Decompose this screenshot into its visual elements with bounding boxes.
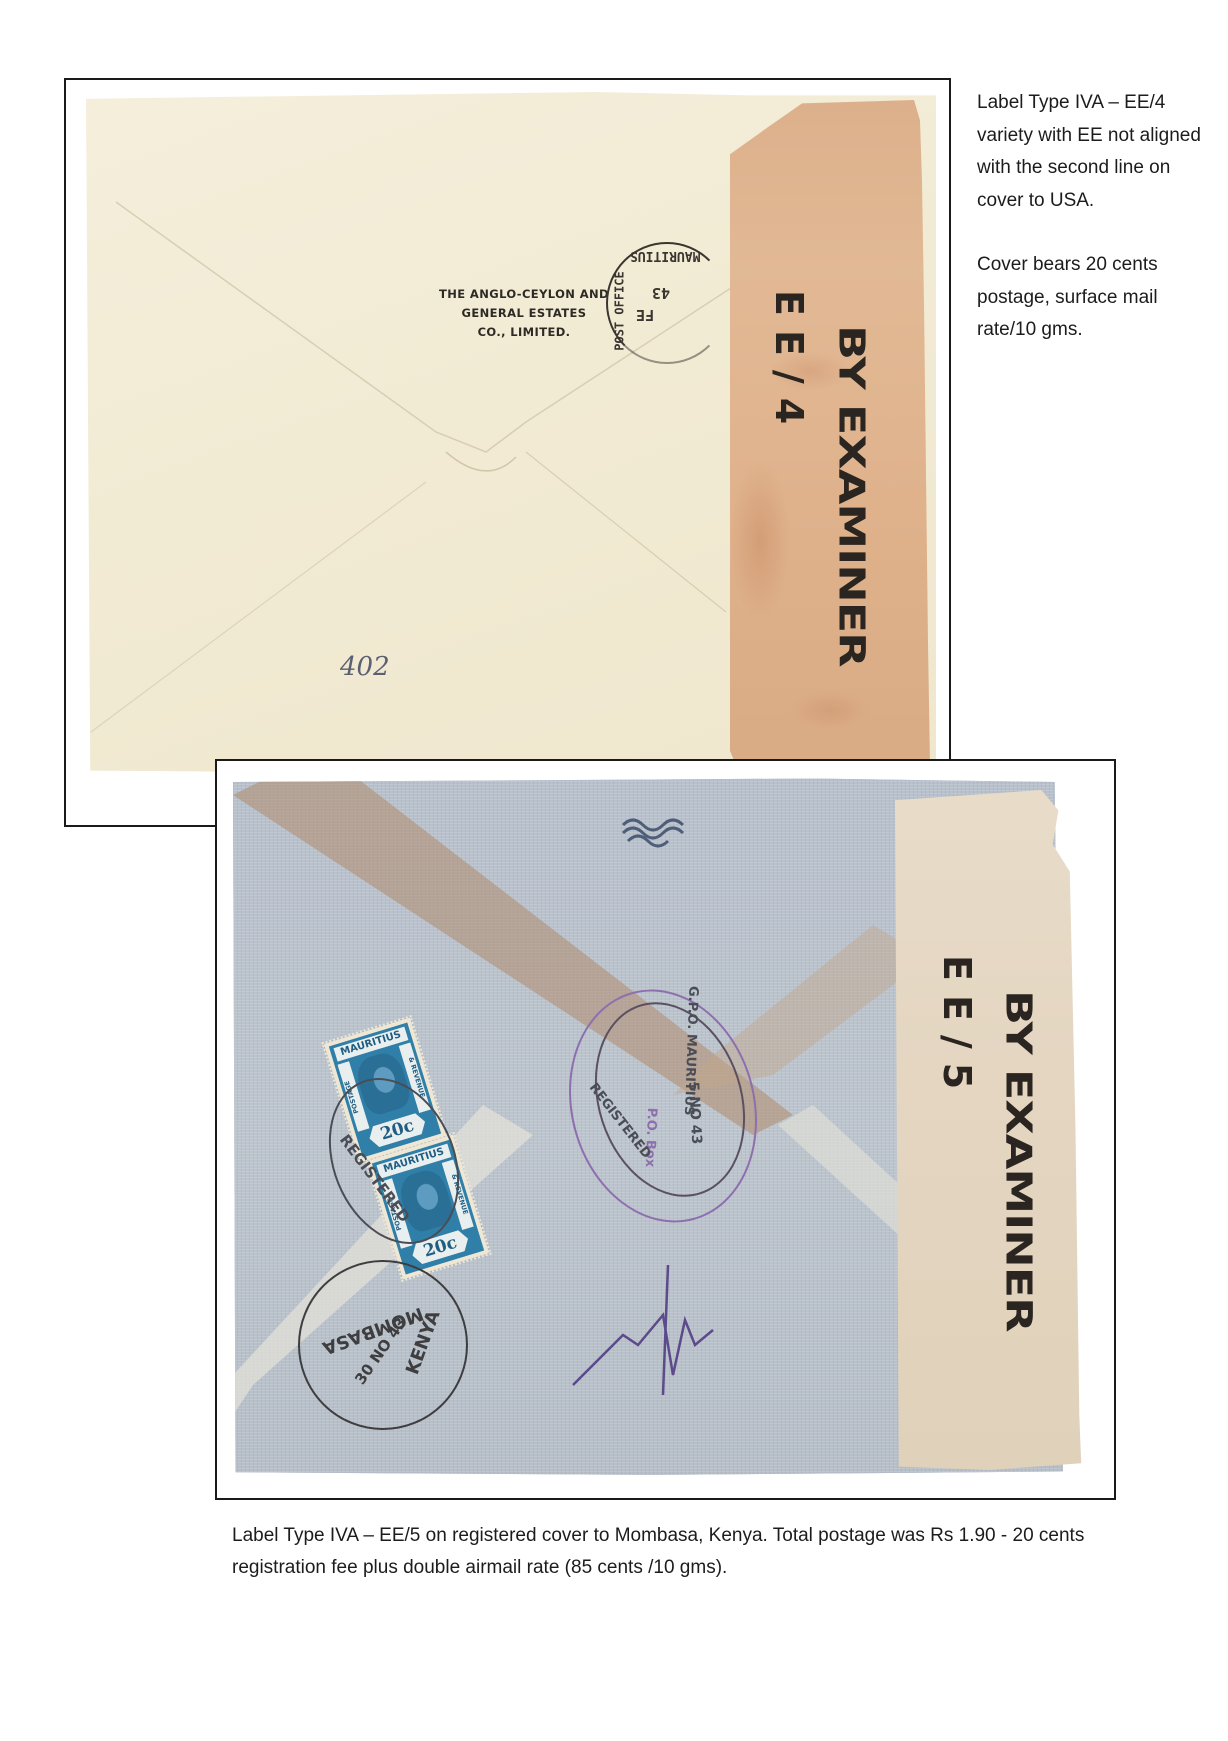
postmark-month: FE — [636, 306, 654, 324]
censor-by-examiner-text: BY EXAMINER — [831, 325, 873, 667]
side-caption-label-variety: Label Type IVA – EE/4 variety with EE no… — [977, 87, 1217, 217]
censor-label-ee5: EE/5 BY EXAMINER — [895, 790, 1085, 1470]
mombasa-arrival-postmark: MOMBASA KENYA 30 NO 43 — [298, 1260, 468, 1430]
mauritius-postmark: MAURITIUS POST OFFICE 43 FE — [606, 242, 728, 364]
postmark-year: 43 — [652, 284, 670, 302]
side-caption-postage: Cover bears 20 cents postage, surface ma… — [977, 249, 1217, 347]
censor-by-examiner-text: BY EXAMINER — [998, 990, 1040, 1332]
side-caption: Label Type IVA – EE/4 variety with EE no… — [977, 87, 1217, 379]
censor-code-ee4: EE/4 — [767, 290, 811, 438]
corner-card-line3: CO., LIMITED. — [404, 323, 644, 342]
handwritten-number: 402 — [340, 652, 390, 682]
cachet-date: 5 NO 43 — [685, 1081, 704, 1144]
censor-label-ee4: EE/4 BY EXAMINER — [730, 100, 930, 778]
censor-code-ee5: EE/5 — [935, 955, 979, 1103]
bottom-caption: Label Type IVA – EE/5 on registered cove… — [232, 1520, 1112, 1584]
postmark-country: MAURITIUS — [630, 248, 700, 263]
postmark-office: POST OFFICE — [613, 271, 627, 350]
